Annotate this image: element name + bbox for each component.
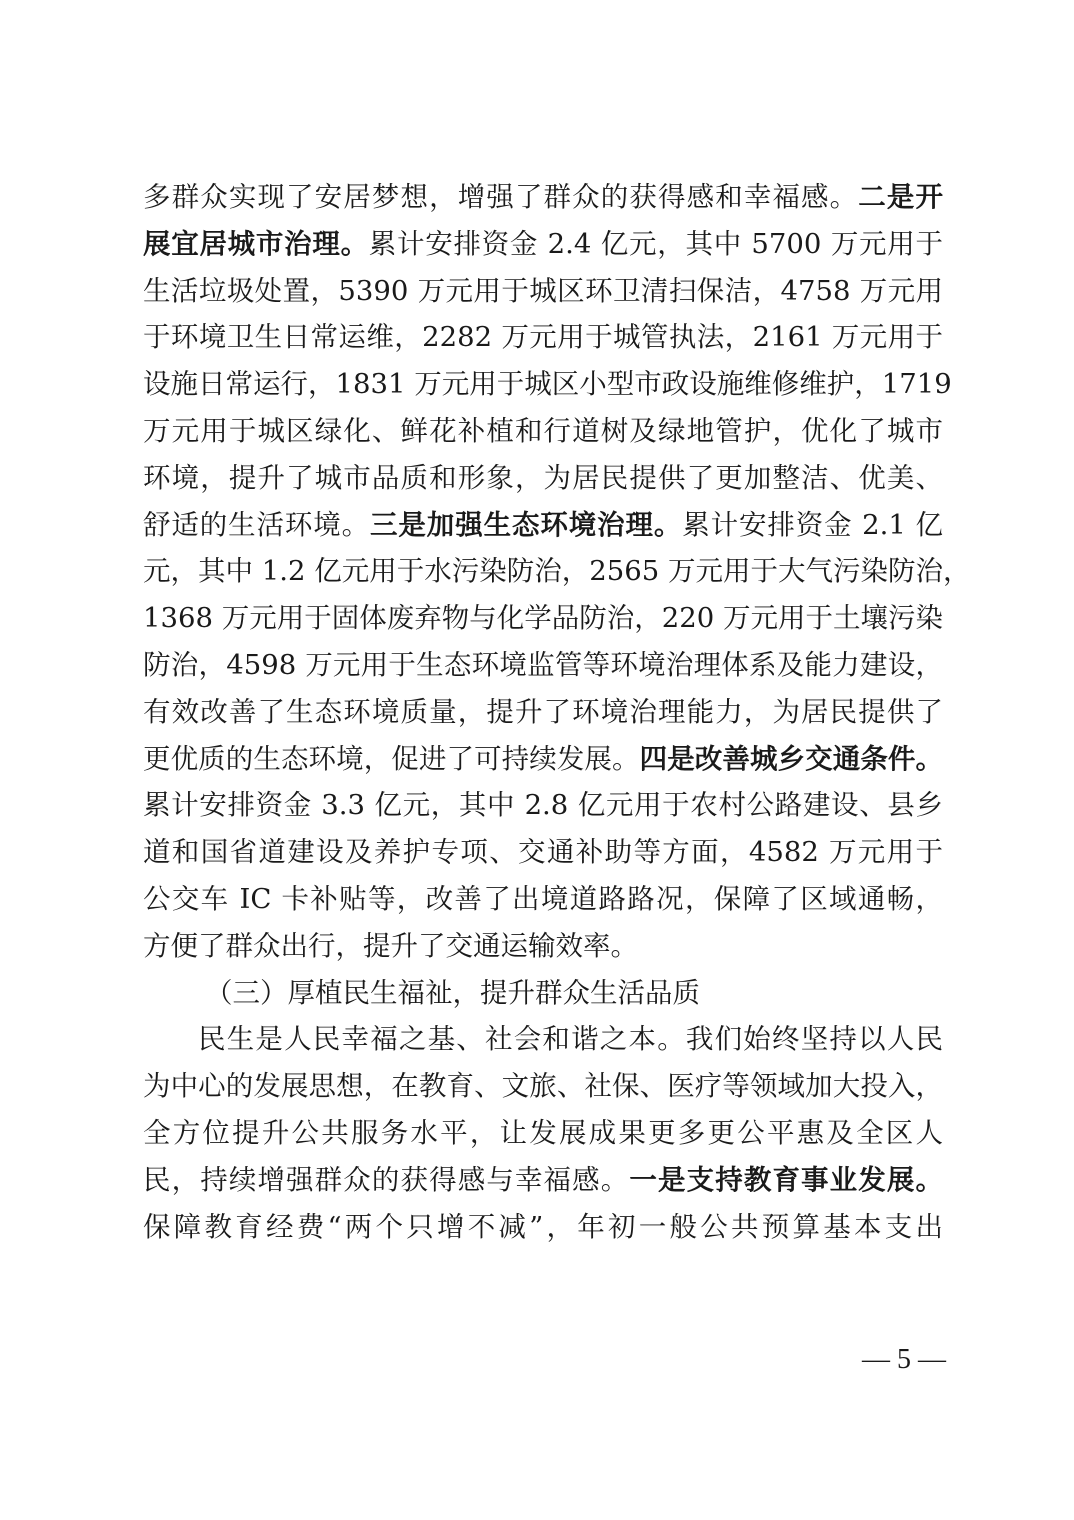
text-line: 保障教育经费“两个只增不减”，年初一般公共预算基本支出 <box>143 1204 943 1251</box>
text-segment: 道和国省道建设及养护专项、交通补助等方面，4582 万元用于 <box>143 836 943 868</box>
text-line: 累计安排资金 3.3 亿元，其中 2.8 亿元用于农村公路建设、县乡 <box>143 782 943 829</box>
text-segment: 有效改善了生态环境质量，提升了环境治理能力，为居民提供了 <box>143 696 943 728</box>
text-segment: 更优质的生态环境，促进了可持续发展。 <box>143 743 640 775</box>
bold-lead-phrase: 三是加强生态环境治理。 <box>370 509 682 541</box>
text-segment: 万元用于城区绿化、鲜花补植和行道树及绿地管护，优化了城市 <box>143 415 943 447</box>
text-segment: 民，持续增强群众的获得感与幸福感。 <box>143 1164 629 1196</box>
text-segment: 多群众实现了安居梦想，增强了群众的获得感和幸福感。 <box>143 181 858 213</box>
text-line: 于环境卫生日常运维，2282 万元用于城管执法，2161 万元用于 <box>143 314 943 361</box>
text-segment: 元，其中 1.2 亿元用于水污染防治，2565 万元用于大气污染防治， <box>143 555 970 587</box>
text-segment: 1368 万元用于固体废弃物与化学品防治，220 万元用于土壤污染 <box>143 602 943 634</box>
text-segment: 生活垃圾处置，5390 万元用于城区环卫清扫保洁，4758 万元用 <box>143 275 943 307</box>
text-line: 设施日常运行，1831 万元用于城区小型市政设施维修维护，1719 <box>143 361 943 408</box>
page-number: — 5 — <box>862 1344 946 1376</box>
text-segment: 民生是人民幸福之基、社会和谐之本。我们始终坚持以人民 <box>198 1023 943 1055</box>
text-line: 为中心的发展思想，在教育、文旅、社保、医疗等领域加大投入， <box>143 1063 943 1110</box>
bold-lead-phrase: 展宜居城市治理。 <box>143 228 369 260</box>
text-segment: 为中心的发展思想，在教育、文旅、社保、医疗等领域加大投入， <box>143 1070 943 1102</box>
bold-lead-phrase: 一是支持教育事业发展。 <box>629 1164 943 1196</box>
text-line: 防治，4598 万元用于生态环境监管等环境治理体系及能力建设， <box>143 642 943 689</box>
text-line: 万元用于城区绿化、鲜花补植和行道树及绿地管护，优化了城市 <box>143 408 943 455</box>
text-segment: 于环境卫生日常运维，2282 万元用于城管执法，2161 万元用于 <box>143 321 943 353</box>
text-line: 有效改善了生态环境质量，提升了环境治理能力，为居民提供了 <box>143 689 943 736</box>
text-line: 民生是人民幸福之基、社会和谐之本。我们始终坚持以人民 <box>143 1016 943 1063</box>
document-page: 多群众实现了安居梦想，增强了群众的获得感和幸福感。二是开展宜居城市治理。累计安排… <box>0 0 1074 1520</box>
text-line: 1368 万元用于固体废弃物与化学品防治，220 万元用于土壤污染 <box>143 595 943 642</box>
text-line: 民，持续增强群众的获得感与幸福感。一是支持教育事业发展。 <box>143 1157 943 1204</box>
text-line: 更优质的生态环境，促进了可持续发展。四是改善城乡交通条件。 <box>143 736 943 783</box>
text-segment: 全方位提升公共服务水平，让发展成果更多更公平惠及全区人 <box>143 1117 943 1149</box>
text-segment: 舒适的生活环境。 <box>143 509 370 541</box>
text-line: 多群众实现了安居梦想，增强了群众的获得感和幸福感。二是开 <box>143 174 943 221</box>
bold-lead-phrase: 二是开 <box>858 181 943 213</box>
text-segment: 保障教育经费“两个只增不减”，年初一般公共预算基本支出 <box>143 1211 943 1243</box>
text-segment: 方便了群众出行，提升了交通运输效率。 <box>143 930 638 962</box>
bold-lead-phrase: 四是改善城乡交通条件。 <box>640 743 943 775</box>
body-text: 多群众实现了安居梦想，增强了群众的获得感和幸福感。二是开展宜居城市治理。累计安排… <box>143 174 943 1250</box>
text-segment: 累计安排资金 3.3 亿元，其中 2.8 亿元用于农村公路建设、县乡 <box>143 789 943 821</box>
text-line: 环境，提升了城市品质和形象，为居民提供了更加整洁、优美、 <box>143 455 943 502</box>
text-line: 道和国省道建设及养护专项、交通补助等方面，4582 万元用于 <box>143 829 943 876</box>
text-line: 方便了群众出行，提升了交通运输效率。 <box>143 923 943 970</box>
text-segment: 公交车 IC 卡补贴等，改善了出境道路路况，保障了区域通畅， <box>143 883 943 915</box>
text-line: 舒适的生活环境。三是加强生态环境治理。累计安排资金 2.1 亿 <box>143 502 943 549</box>
text-line: 公交车 IC 卡补贴等，改善了出境道路路况，保障了区域通畅， <box>143 876 943 923</box>
text-line: 生活垃圾处置，5390 万元用于城区环卫清扫保洁，4758 万元用 <box>143 268 943 315</box>
text-segment: 防治，4598 万元用于生态环境监管等环境治理体系及能力建设， <box>143 649 943 681</box>
section-heading: （三）厚植民生福祉，提升群众生活品质 <box>143 970 943 1017</box>
text-segment: 累计安排资金 2.4 亿元，其中 5700 万元用于 <box>369 228 943 260</box>
text-segment: 累计安排资金 2.1 亿 <box>682 509 943 541</box>
text-line: 全方位提升公共服务水平，让发展成果更多更公平惠及全区人 <box>143 1110 943 1157</box>
text-line: 元，其中 1.2 亿元用于水污染防治，2565 万元用于大气污染防治， <box>143 548 943 595</box>
text-segment: 设施日常运行，1831 万元用于城区小型市政设施维修维护，1719 <box>143 368 952 400</box>
text-segment: 环境，提升了城市品质和形象，为居民提供了更加整洁、优美、 <box>143 462 943 494</box>
text-line: 展宜居城市治理。累计安排资金 2.4 亿元，其中 5700 万元用于 <box>143 221 943 268</box>
